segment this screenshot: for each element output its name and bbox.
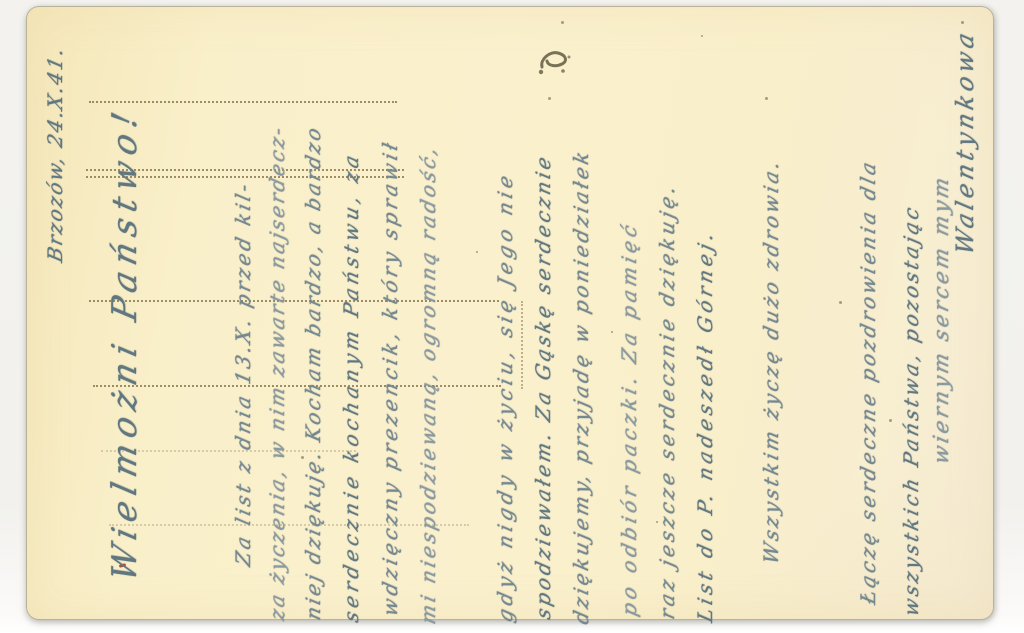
handwriting-line-3: niej dziękuję. Kocham bardzo, a bardzo (301, 123, 325, 623)
paper-speck (765, 97, 768, 100)
paper-speck (839, 301, 842, 304)
printed-address-lines (27, 7, 993, 619)
handwriting-line-10: po odbiór paczki. Za pamięć (617, 219, 641, 619)
handwriting-line-16: wiernym sercem mym (929, 172, 953, 466)
paper-speck (889, 419, 892, 422)
printed-dotted-line-vertical (521, 301, 523, 389)
handwriting-line-11: raz jeszcze serdecznie dziękuję. (655, 180, 679, 621)
handwriting-line-4: serdecznie kochanym Państwu, za (339, 149, 363, 625)
paper-speck (561, 21, 564, 24)
salutation-line: Wielmożni Państwo! (105, 102, 145, 586)
paper-speck (611, 331, 613, 333)
handwriting-line-9: dziękujemy, przyjadę w poniedziałek (569, 146, 593, 626)
printed-dotted-line (89, 101, 397, 103)
printed-dotted-line (86, 176, 404, 178)
handwriting-line-5: wdzięczny prezencik, który sprawił (378, 137, 402, 618)
handwriting: Brzozów, 24.X.41.Wielmożni Państwo!Za li… (27, 7, 993, 619)
handwriting-line-13: Wszystkim życzę dużo zdrowia. (759, 156, 783, 566)
printed-dotted-line (109, 524, 469, 526)
printed-dotted-line (86, 169, 404, 171)
printed-dotted-line (93, 385, 501, 387)
paper-specks (27, 7, 993, 619)
handwriting-line-8: spodziewałem. Za Gąskę serdecznie (531, 151, 555, 621)
handwriting-line-6: mi niespodziewaną, ogromną radość, (416, 142, 440, 626)
paper-speck (301, 456, 304, 459)
postcard: Brzozów, 24.X.41.Wielmożni Państwo!Za li… (26, 6, 994, 620)
paper-speck (548, 97, 551, 100)
paper-speck (961, 21, 964, 24)
red-fleck (119, 563, 127, 568)
printed-dotted-line (101, 450, 356, 452)
paper-speck (701, 35, 703, 37)
signature-line: Walentynkowa (951, 26, 979, 257)
handwriting-line-7: gdyż nigdy w życiu, się Jego nie (493, 169, 517, 624)
paper-speck (656, 521, 658, 523)
handwriting-line-15: wszystkich Państwa, pozostając (899, 202, 923, 618)
printed-dotted-line (89, 300, 499, 302)
handwriting-line-14: Łączę serdeczne pozdrowienia dla (856, 157, 880, 607)
handwriting-line-1: Za list z dnia 13.X. przed kil- (231, 179, 255, 569)
ink-smudge (532, 45, 576, 81)
paper-speck (433, 211, 435, 213)
paper-speck (476, 251, 478, 253)
date-line: Brzozów, 24.X.41. (43, 44, 67, 265)
handwriting-line-12: List do P. nadeszedł Górnej. (693, 227, 717, 625)
handwriting-line-2: za życzenia, w nim zawarte najserdecz- (265, 123, 289, 623)
